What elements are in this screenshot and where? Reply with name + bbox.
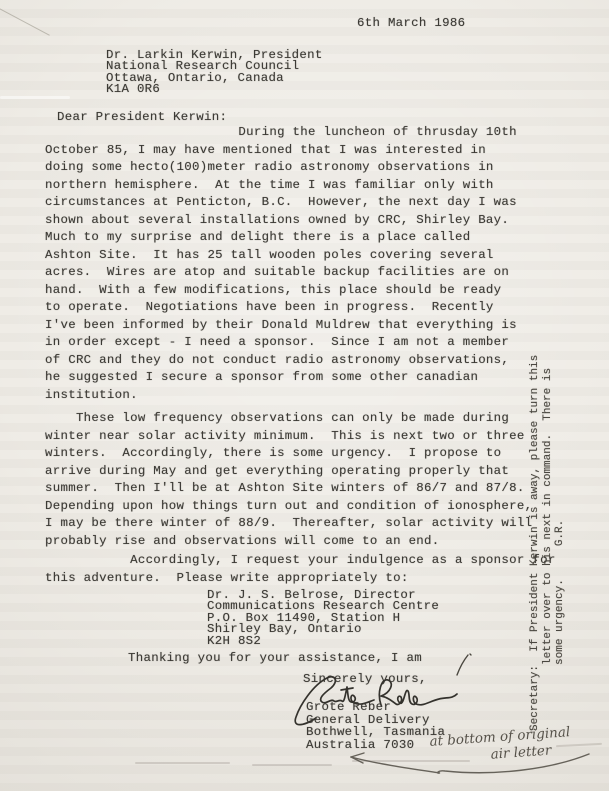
letter-date: 6th March 1986	[357, 16, 465, 30]
forward-address: Dr. J. S. Belrose, Director Communicatio…	[207, 590, 439, 647]
scan-artifact	[0, 96, 70, 99]
scan-artifact	[135, 762, 230, 764]
pencil-arrow-left-icon	[335, 738, 597, 778]
pen-check-mark-icon	[451, 651, 475, 679]
margin-note-to-secretary: Secretary: If President Kerwin is away, …	[529, 355, 567, 731]
paper-crease	[0, 2, 50, 36]
letter-page: 6th March 1986 Dr. Larkin Kerwin, Presid…	[0, 0, 609, 791]
body-paragraph-1: During the luncheon of thrusday 10th Oct…	[45, 124, 517, 404]
body-paragraph-3: Accordingly, I request your indulgence a…	[45, 552, 556, 587]
scan-artifact	[252, 764, 332, 766]
recipient-address: Dr. Larkin Kerwin, President National Re…	[106, 50, 323, 96]
salutation: Dear President Kerwin:	[57, 110, 227, 124]
closing-line: Thanking you for your assistance, I am	[128, 651, 422, 665]
body-paragraph-2: These low frequency observations can onl…	[45, 410, 532, 550]
